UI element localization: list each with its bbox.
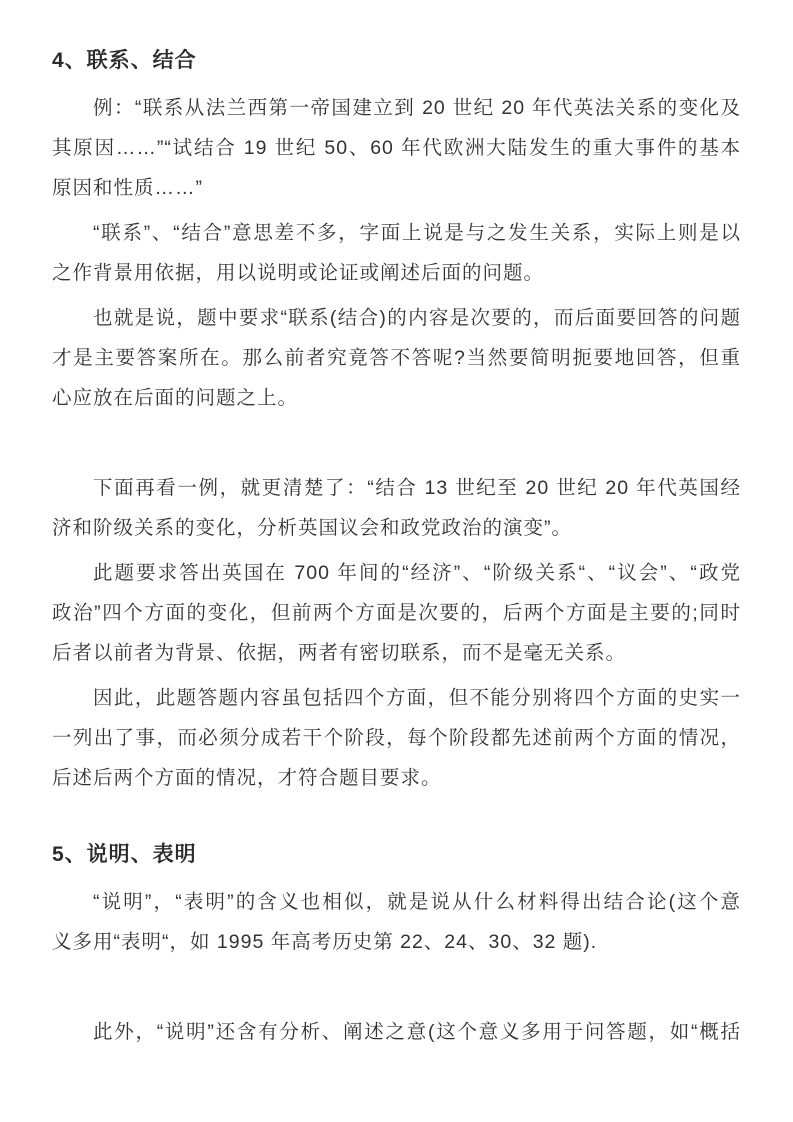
paragraph: 也就是说，题中要求“联系(结合)的内容是次要的，而后面要回答的问题才是主要答案所… bbox=[52, 298, 741, 418]
section-4-paragraphs: 例：“联系从法兰西第一帝国建立到 20 世纪 20 年代英法关系的变化及其原因…… bbox=[52, 88, 741, 798]
section-5-heading: 5、说明、表明 bbox=[52, 840, 741, 870]
paragraph: “联系”、“结合”意思差不多，字面上说是与之发生关系，实际上则是以之作背景用依据… bbox=[52, 213, 741, 293]
text-line: 因此，此题答题内容虽包括四个方面，但不能分别将四个方面的史实一 bbox=[52, 678, 741, 718]
text-line: 一列出了事，而必须分成若干个阶段，每个阶段都先述前两个方面的情况， bbox=[52, 718, 741, 758]
text-line: 其原因……”“试结合 19 世纪 50、60 年代欧洲大陆发生的重大事件的基本 bbox=[52, 128, 741, 168]
text-line: 也就是说，题中要求“联系(结合)的内容是次要的，而后面要回答的问题 bbox=[52, 298, 741, 338]
text-line: “联系”、“结合”意思差不多，字面上说是与之发生关系，实际上则是以 bbox=[52, 213, 741, 253]
paragraph: “说明”，“表明”的含义也相似，就是说从什么材料得出结合论(这个意义多用“表明“… bbox=[52, 882, 741, 962]
document-body: 4、联系、结合 例：“联系从法兰西第一帝国建立到 20 世纪 20 年代英法关系… bbox=[52, 46, 741, 1052]
paragraph: 下面再看一例，就更清楚了：“结合 13 世纪至 20 世纪 20 年代英国经济和… bbox=[52, 468, 741, 548]
paragraph: 此题要求答出英国在 700 年间的“经济”、“阶级关系“、“议会”、“政党政治”… bbox=[52, 553, 741, 673]
text-line: 心应放在后面的问题之上。 bbox=[52, 378, 741, 418]
text-line: 下面再看一例，就更清楚了：“结合 13 世纪至 20 世纪 20 年代英国经 bbox=[52, 468, 741, 508]
text-line: 济和阶级关系的变化，分析英国议会和政党政治的演变”。 bbox=[52, 508, 741, 548]
text-line: 原因和性质……” bbox=[52, 168, 741, 208]
blank-line bbox=[52, 967, 741, 1007]
section-4: 4、联系、结合 例：“联系从法兰西第一帝国建立到 20 世纪 20 年代英法关系… bbox=[52, 46, 741, 798]
section-5: 5、说明、表明 “说明”，“表明”的含义也相似，就是说从什么材料得出结合论(这个… bbox=[52, 840, 741, 1052]
blank-line bbox=[52, 423, 741, 463]
paragraph: 此外，“说明”还含有分析、阐述之意(这个意义多用于问答题，如“概括 bbox=[52, 1012, 741, 1052]
document-page: 4、联系、结合 例：“联系从法兰西第一帝国建立到 20 世纪 20 年代英法关系… bbox=[0, 0, 793, 1122]
paragraph: 例：“联系从法兰西第一帝国建立到 20 世纪 20 年代英法关系的变化及其原因…… bbox=[52, 88, 741, 208]
text-line: 例：“联系从法兰西第一帝国建立到 20 世纪 20 年代英法关系的变化及 bbox=[52, 88, 741, 128]
text-line: 政治”四个方面的变化，但前两个方面是次要的，后两个方面是主要的;同时 bbox=[52, 593, 741, 633]
text-line: 此题要求答出英国在 700 年间的“经济”、“阶级关系“、“议会”、“政党 bbox=[52, 553, 741, 593]
text-line: 此外，“说明”还含有分析、阐述之意(这个意义多用于问答题，如“概括 bbox=[52, 1012, 741, 1052]
paragraph: 因此，此题答题内容虽包括四个方面，但不能分别将四个方面的史实一一列出了事，而必须… bbox=[52, 678, 741, 798]
section-4-heading: 4、联系、结合 bbox=[52, 46, 741, 76]
text-line: 才是主要答案所在。那么前者究竟答不答呢?当然要简明扼要地回答，但重 bbox=[52, 338, 741, 378]
text-line: “说明”，“表明”的含义也相似，就是说从什么材料得出结合论(这个意 bbox=[52, 882, 741, 922]
text-line: 后者以前者为背景、依据，两者有密切联系，而不是毫无关系。 bbox=[52, 633, 741, 673]
text-line: 之作背景用依据，用以说明或论证或阐述后面的问题。 bbox=[52, 253, 741, 293]
section-5-paragraphs: “说明”，“表明”的含义也相似，就是说从什么材料得出结合论(这个意义多用“表明“… bbox=[52, 882, 741, 1052]
text-line: 义多用“表明“，如 1995 年高考历史第 22、24、30、32 题). bbox=[52, 922, 741, 962]
text-line: 后述后两个方面的情况，才符合题目要求。 bbox=[52, 758, 741, 798]
